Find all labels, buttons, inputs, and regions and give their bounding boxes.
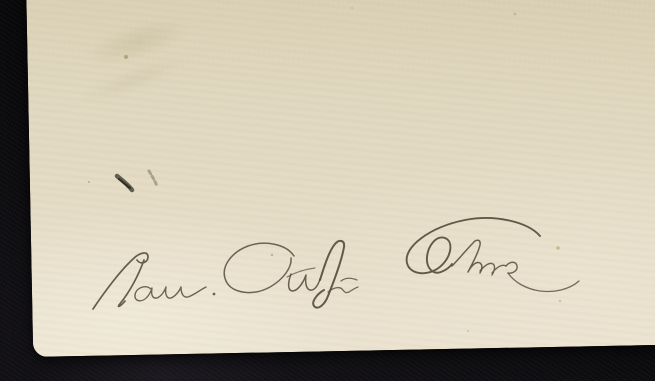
graphite-smudge — [117, 171, 157, 190]
fox-spot — [351, 7, 353, 9]
fox-spot — [467, 330, 469, 332]
fox-spot — [514, 13, 517, 16]
signature-word-frau — [93, 253, 215, 309]
fox-spot — [124, 55, 128, 59]
fox-spots — [88, 7, 561, 332]
fox-spot — [559, 300, 562, 303]
ink-period — [213, 293, 216, 296]
photograph: Frau. Arthur Bohne — [0, 0, 655, 381]
smudge-speckles — [149, 171, 157, 186]
fox-spot — [556, 246, 560, 250]
ink-stroke — [506, 262, 517, 273]
ink-stroke — [289, 274, 320, 291]
ink-stroke — [313, 241, 344, 308]
ink-stroke — [480, 263, 506, 275]
paper-speck — [88, 181, 90, 183]
fox-spot — [271, 254, 273, 256]
ink-stroke — [135, 287, 206, 301]
handwritten-inscription — [0, 0, 655, 381]
signature-word-bohne — [407, 218, 579, 292]
signature-word-arthur — [224, 241, 358, 308]
ink-stroke — [224, 243, 294, 292]
ink-stroke — [452, 240, 482, 273]
ink-stroke — [508, 273, 579, 292]
